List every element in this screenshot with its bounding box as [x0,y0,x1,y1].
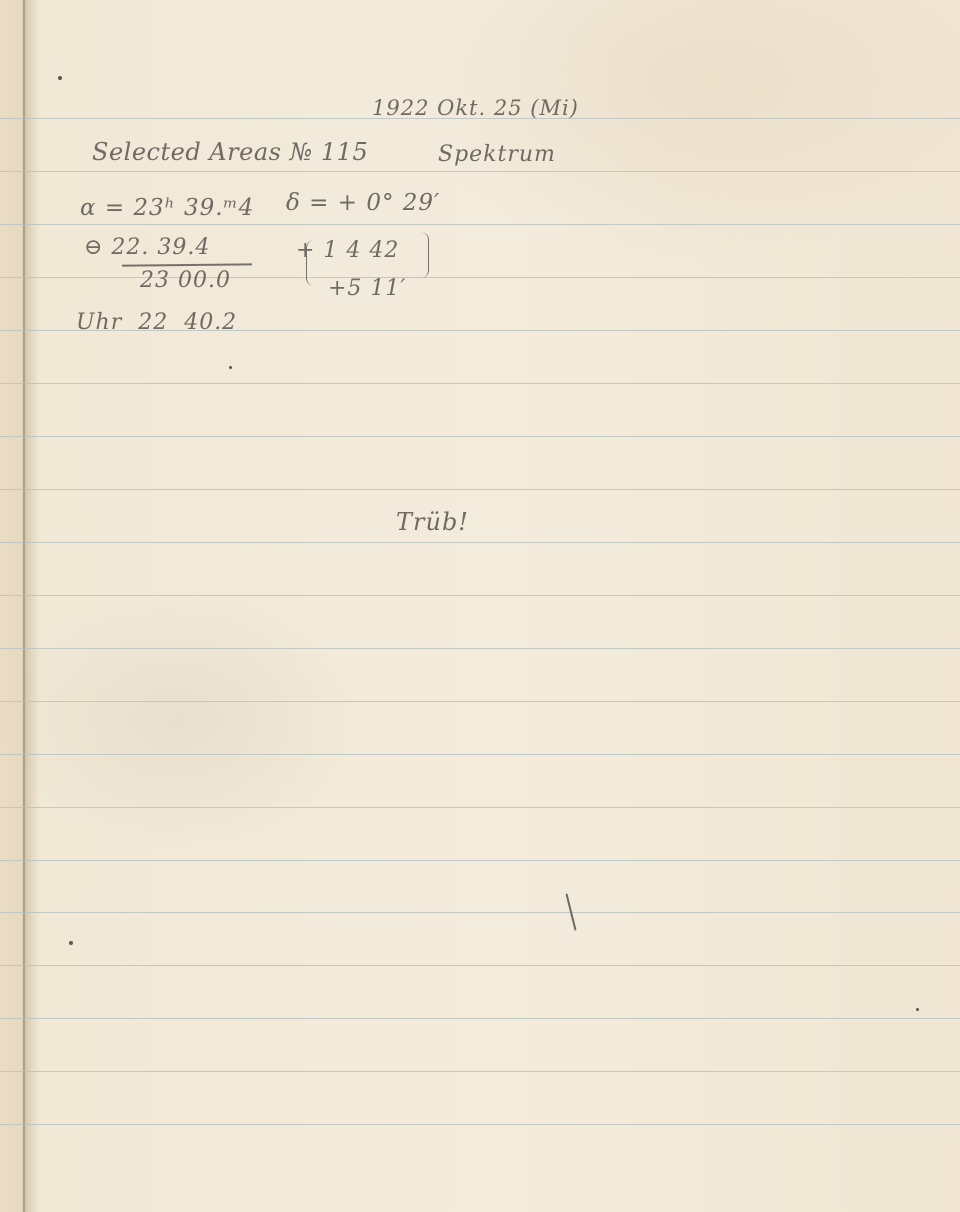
ruled-line [0,595,960,596]
sum-underline [122,263,252,266]
ruled-line [0,860,960,861]
ruled-line [0,436,960,437]
ruled-line [0,701,960,702]
page-binding-fold [23,0,25,1212]
ruled-line [0,171,960,172]
speck [916,1008,919,1011]
ruled-line [0,912,960,913]
dec-result: +5 11′ [328,276,406,301]
ruled-line [0,807,960,808]
ra-result: 23 00.0 [140,268,231,293]
entry-date: 1922 Okt. 25 (Mi) [372,96,579,120]
entry-subject: Selected Areas № 115 [92,138,368,166]
ruled-line [0,542,960,543]
sidereal-time: ⊖ 22. 39.4 [84,235,210,260]
weather-note: Trüb! [396,508,469,536]
clock-time: Uhr 22 40.2 [76,310,237,335]
ruled-line [0,1124,960,1125]
bracket-left [306,240,317,286]
ruled-line [0,1071,960,1072]
declination: δ = + 0° 29′ [286,190,440,216]
ruled-line [0,1018,960,1019]
ruled-line [0,383,960,384]
ruled-line [0,224,960,225]
notebook-page: 1922 Okt. 25 (Mi) Selected Areas № 115 S… [0,0,960,1212]
right-ascension: α = 23ʰ 39.ᵐ4 [80,195,254,221]
ruled-line [0,489,960,490]
speck [58,76,62,80]
ruled-line [0,648,960,649]
speck [229,366,232,369]
ruled-line [0,965,960,966]
bracket-right [418,232,429,278]
speck [69,941,73,945]
ruled-line [0,754,960,755]
entry-type: Spektrum [438,142,556,167]
